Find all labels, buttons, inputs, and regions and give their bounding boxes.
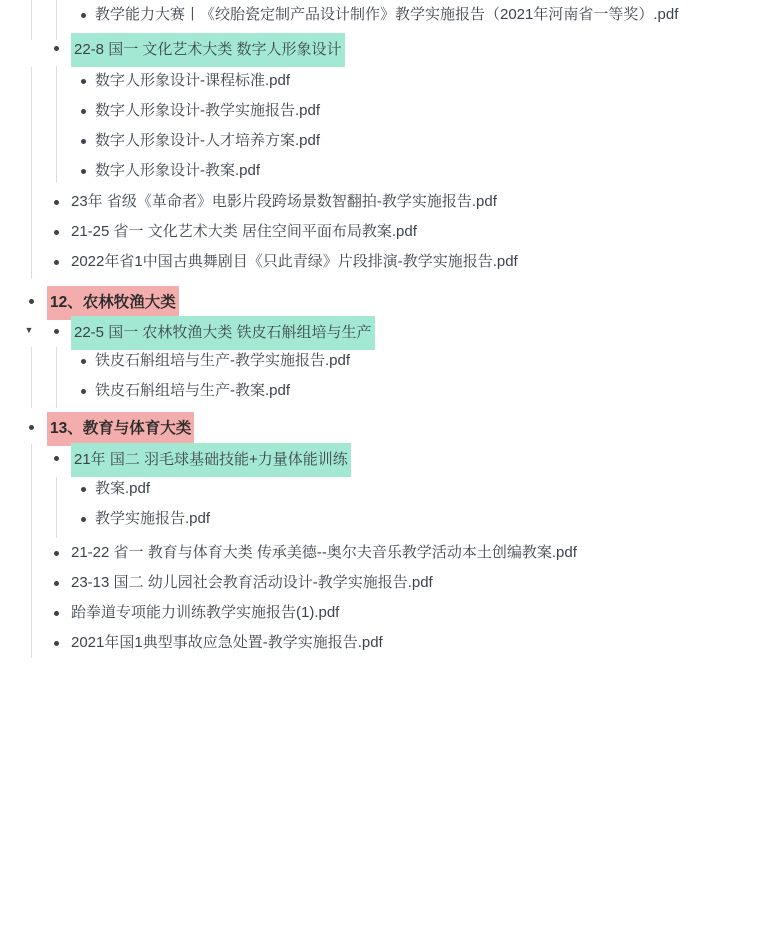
list-item-label: 2022年省1中国古典舞剧目《只此青绿》片段排演-教学实施报告.pdf bbox=[71, 247, 518, 277]
bullet-icon[interactable] bbox=[81, 79, 86, 84]
list-item-label-highlighted: 21年 国二 羽毛球基础技能+力量体能训练 bbox=[71, 443, 351, 477]
list-item-label: 跆拳道专项能力训练教学实施报告(1).pdf bbox=[71, 598, 339, 628]
list-item-label: 数字人形象设计-课程标准.pdf bbox=[95, 66, 290, 96]
file-list-item[interactable]: 铁皮石斛组培与生产-教案.pdf bbox=[0, 376, 780, 406]
file-list-item[interactable]: 23年 省级《革命者》电影片段跨场景数智翻拍-教学实施报告.pdf bbox=[0, 187, 780, 217]
category-heading-item[interactable]: 12、农林牧渔大类 bbox=[0, 286, 780, 316]
bullet-icon[interactable] bbox=[54, 641, 59, 646]
document-outline: ▼ 教学能力大赛丨《绞胎瓷定制产品设计制作》教学实施报告（2021年河南省一等奖… bbox=[0, 0, 780, 928]
bullet-icon[interactable] bbox=[54, 456, 59, 461]
bullet-icon[interactable] bbox=[81, 169, 86, 174]
list-item-label: 铁皮石斛组培与生产-教案.pdf bbox=[95, 376, 290, 406]
bullet-icon[interactable] bbox=[81, 139, 86, 144]
file-list-item[interactable]: 教学能力大赛丨《绞胎瓷定制产品设计制作》教学实施报告（2021年河南省一等奖）.… bbox=[0, 0, 780, 30]
file-list-item[interactable]: 21-22 省一 教育与体育大类 传承美德--奥尔夫音乐教学活动本土创编教案.p… bbox=[0, 538, 780, 568]
bullet-icon[interactable] bbox=[29, 425, 34, 430]
list-item-label: 23-13 国二 幼儿园社会教育活动设计-教学实施报告.pdf bbox=[71, 568, 433, 598]
bullet-icon[interactable] bbox=[81, 13, 86, 18]
list-item-label: 21-22 省一 教育与体育大类 传承美德--奥尔夫音乐教学活动本土创编教案.p… bbox=[71, 538, 577, 568]
bullet-icon[interactable] bbox=[81, 359, 86, 364]
category-heading-label: 13、教育与体育大类 bbox=[47, 412, 194, 446]
project-list-item[interactable]: 22-5 国一 农林牧渔大类 铁皮石斛组培与生产 bbox=[0, 316, 780, 346]
file-list-item[interactable]: 数字人形象设计-教学实施报告.pdf bbox=[0, 96, 780, 126]
list-item-label: 2021年国1典型事故应急处置-教学实施报告.pdf bbox=[71, 628, 383, 658]
list-item-label: 教案.pdf bbox=[95, 474, 150, 504]
file-list-item[interactable]: 2021年国1典型事故应急处置-教学实施报告.pdf bbox=[0, 628, 780, 658]
list-item-label: 铁皮石斛组培与生产-教学实施报告.pdf bbox=[95, 346, 350, 376]
bullet-icon[interactable] bbox=[54, 46, 59, 51]
list-item-label: 数字人形象设计-教学实施报告.pdf bbox=[95, 96, 320, 126]
bullet-icon[interactable] bbox=[54, 611, 59, 616]
list-item-label: 21-25 省一 文化艺术大类 居住空间平面布局教案.pdf bbox=[71, 217, 417, 247]
bullet-icon[interactable] bbox=[54, 260, 59, 265]
category-heading-label: 12、农林牧渔大类 bbox=[47, 286, 179, 320]
project-list-item[interactable]: 22-8 国一 文化艺术大类 数字人形象设计 bbox=[0, 33, 780, 63]
file-list-item[interactable]: 跆拳道专项能力训练教学实施报告(1).pdf bbox=[0, 598, 780, 628]
bullet-icon[interactable] bbox=[54, 230, 59, 235]
bullet-icon[interactable] bbox=[54, 200, 59, 205]
project-list-item[interactable]: 21年 国二 羽毛球基础技能+力量体能训练 bbox=[0, 443, 780, 473]
file-list-item[interactable]: 23-13 国二 幼儿园社会教育活动设计-教学实施报告.pdf bbox=[0, 568, 780, 598]
bullet-icon[interactable] bbox=[81, 487, 86, 492]
file-list-item[interactable]: 数字人形象设计-教案.pdf bbox=[0, 156, 780, 186]
file-list-item[interactable]: 教案.pdf bbox=[0, 474, 780, 504]
list-item-label: 23年 省级《革命者》电影片段跨场景数智翻拍-教学实施报告.pdf bbox=[71, 187, 497, 217]
file-list-item[interactable]: 2022年省1中国古典舞剧目《只此青绿》片段排演-教学实施报告.pdf bbox=[0, 247, 780, 277]
list-item-label-highlighted: 22-8 国一 文化艺术大类 数字人形象设计 bbox=[71, 33, 345, 67]
file-list-item[interactable]: 数字人形象设计-课程标准.pdf bbox=[0, 66, 780, 96]
file-list-item[interactable]: 铁皮石斛组培与生产-教学实施报告.pdf bbox=[0, 346, 780, 376]
bullet-icon[interactable] bbox=[29, 299, 34, 304]
bullet-icon[interactable] bbox=[54, 551, 59, 556]
bullet-icon[interactable] bbox=[81, 517, 86, 522]
category-heading-item[interactable]: 13、教育与体育大类 bbox=[0, 412, 780, 442]
list-item-label: 教学能力大赛丨《绞胎瓷定制产品设计制作》教学实施报告（2021年河南省一等奖）.… bbox=[95, 0, 678, 30]
file-list-item[interactable]: 21-25 省一 文化艺术大类 居住空间平面布局教案.pdf bbox=[0, 217, 780, 247]
bullet-icon[interactable] bbox=[54, 329, 59, 334]
list-item-label: 数字人形象设计-人才培养方案.pdf bbox=[95, 126, 320, 156]
file-list-item[interactable]: 教学实施报告.pdf bbox=[0, 504, 780, 534]
bullet-icon[interactable] bbox=[81, 109, 86, 114]
list-item-label-highlighted: 22-5 国一 农林牧渔大类 铁皮石斛组培与生产 bbox=[71, 316, 375, 350]
list-item-label: 数字人形象设计-教案.pdf bbox=[95, 156, 260, 186]
file-list-item[interactable]: 数字人形象设计-人才培养方案.pdf bbox=[0, 126, 780, 156]
bullet-icon[interactable] bbox=[54, 581, 59, 586]
list-item-label: 教学实施报告.pdf bbox=[95, 504, 210, 534]
bullet-icon[interactable] bbox=[81, 389, 86, 394]
